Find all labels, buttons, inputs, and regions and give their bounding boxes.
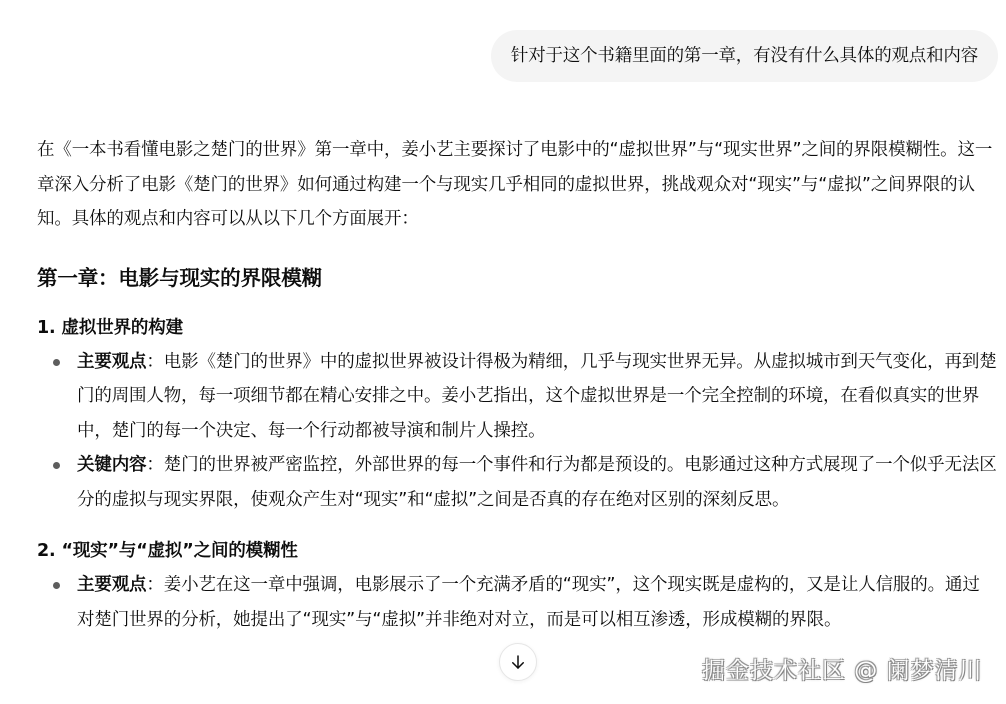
scroll-to-bottom-button[interactable] xyxy=(499,643,537,681)
bullet-label: 主要观点 xyxy=(77,575,146,595)
assistant-message: 在《一本书看懂电影之楚门的世界》第一章中，姜小艺主要探讨了电影中的“虚拟世界”与… xyxy=(37,133,997,637)
user-message-bubble: 针对于这个书籍里面的第一章，有没有什么具体的观点和内容 xyxy=(491,30,998,82)
list-item: 关键内容：楚门的世界被严密监控，外部世界的每一个事件和行为都是预设的。电影通过这… xyxy=(77,448,997,517)
bullet-icon xyxy=(53,582,60,589)
section-heading: 2. “现实”与“虚拟”之间的模糊性 xyxy=(37,534,997,568)
bullet-icon xyxy=(53,462,60,469)
bullet-label: 关键内容 xyxy=(77,455,146,475)
bullet-text: ：姜小艺在这一章中强调，电影展示了一个充满矛盾的“现实”，这个现实既是虚构的，又… xyxy=(77,575,980,630)
bullet-text: ：楚门的世界被严密监控，外部世界的每一个事件和行为都是预设的。电影通过这种方式展… xyxy=(77,455,997,510)
user-message-row: 针对于这个书籍里面的第一章，有没有什么具体的观点和内容 xyxy=(491,30,998,82)
chat-page: 针对于这个书籍里面的第一章，有没有什么具体的观点和内容 在《一本书看懂电影之楚门… xyxy=(0,0,1006,704)
chapter-heading: 第一章：电影与现实的界限模糊 xyxy=(37,261,997,295)
bullet-list: 主要观点：电影《楚门的世界》中的虚拟世界被设计得极为精细，几乎与现实世界无异。从… xyxy=(37,345,997,518)
watermark: 掘金技术社区 @ 阑梦清川 xyxy=(702,652,983,685)
list-item: 主要观点：电影《楚门的世界》中的虚拟世界被设计得极为精细，几乎与现实世界无异。从… xyxy=(77,345,997,449)
bullet-label: 主要观点 xyxy=(77,352,146,372)
bullet-text: ：电影《楚门的世界》中的虚拟世界被设计得极为精细，几乎与现实世界无异。从虚拟城市… xyxy=(77,352,997,441)
section-heading: 1. 虚拟世界的构建 xyxy=(37,311,997,345)
intro-paragraph: 在《一本书看懂电影之楚门的世界》第一章中，姜小艺主要探讨了电影中的“虚拟世界”与… xyxy=(37,133,997,237)
list-item: 主要观点：姜小艺在这一章中强调，电影展示了一个充满矛盾的“现实”，这个现实既是虚… xyxy=(77,568,997,637)
bullet-icon xyxy=(53,359,60,366)
arrow-down-icon xyxy=(509,653,527,671)
bullet-list: 主要观点：姜小艺在这一章中强调，电影展示了一个充满矛盾的“现实”，这个现实既是虚… xyxy=(37,568,997,637)
